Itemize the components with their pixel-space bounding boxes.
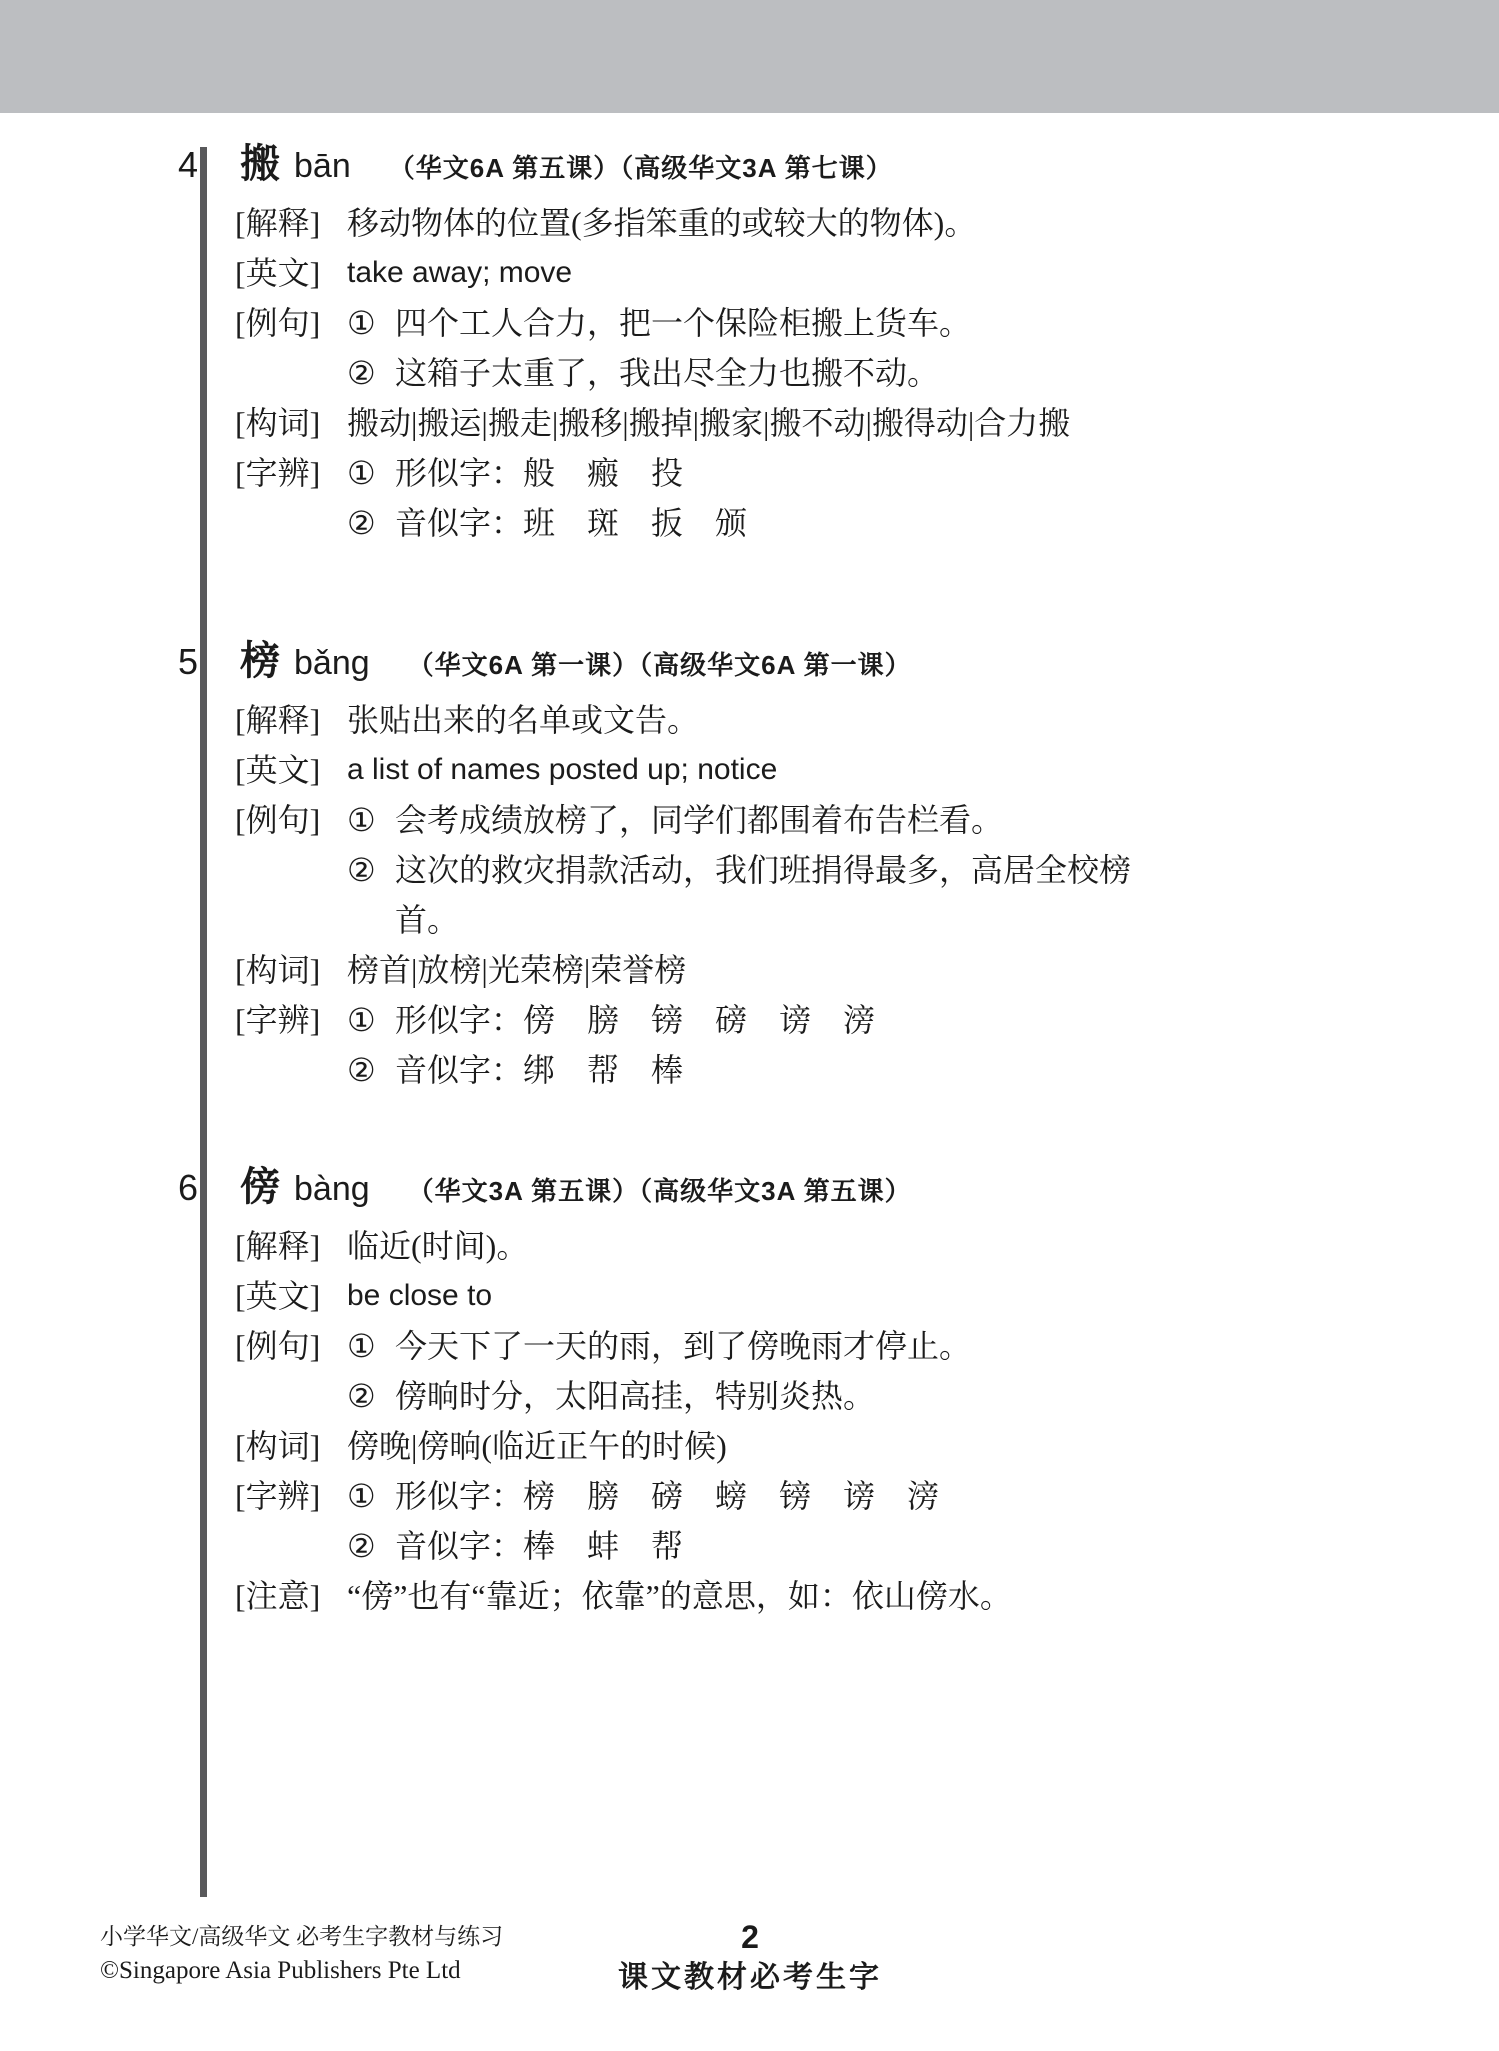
row-text: 今天下了一天的雨，到了傍晚雨才停止。 <box>395 1321 971 1371</box>
definition-row: [解释] 临近(时间)。 <box>235 1221 1438 1271</box>
footer-series-title: 小学华文/高级华文 必考生字教材与练习 <box>100 1920 503 1953</box>
entry-number: 6 <box>178 1167 240 1209</box>
row-text: 榜首|放榜|光荣榜|荣誉榜 <box>347 945 686 995</box>
circled-number: ① <box>347 1321 395 1371</box>
circled-number: ② <box>347 1521 395 1571</box>
entry-pinyin: bǎng <box>294 644 370 683</box>
row-text: a list of names posted up; notice <box>347 745 777 795</box>
footer-left: 小学华文/高级华文 必考生字教材与练习 ©Singapore Asia Publ… <box>100 1920 503 1989</box>
row-text: 会考成绩放榜了，同学们都围着布告栏看。 <box>395 795 1003 845</box>
row-label: [解释] <box>235 1221 333 1271</box>
example-row: ② 傍晌时分，太阳高挂，特别炎热。 <box>235 1371 1438 1421</box>
character-discrimination-row: ② 音似字：绑 帮 棒 <box>235 1045 1438 1095</box>
entry-header: 6 傍 bàng （华文3A 第五课）（高级华文3A 第五课） <box>178 1155 1438 1213</box>
definition-row: [解释] 张贴出来的名单或文告。 <box>235 695 1438 745</box>
row-text: be close to <box>347 1271 492 1321</box>
row-label: [构词] <box>235 398 333 448</box>
character-discrimination-row: [字辨] ① 形似字：榜 膀 磅 螃 镑 谤 滂 <box>235 1471 1438 1521</box>
row-label: [英文] <box>235 745 333 795</box>
example-row: [例句] ① 四个工人合力，把一个保险柜搬上货车。 <box>235 298 1438 348</box>
circled-number: ① <box>347 1471 395 1521</box>
example-row: [例句] ① 今天下了一天的雨，到了傍晚雨才停止。 <box>235 1321 1438 1371</box>
entry-header: 4 搬 bān （华文6A 第五课）（高级华文3A 第七课） <box>178 132 1438 190</box>
row-label: [字辨] <box>235 995 333 1045</box>
row-text: 形似字：般 瘢 投 <box>395 448 683 498</box>
entry-rows: [解释] 移动物体的位置(多指笨重的或较大的物体)。 [英文] take awa… <box>235 198 1438 548</box>
row-text: 临近(时间)。 <box>347 1221 528 1271</box>
row-text: 傍晌时分，太阳高挂，特别炎热。 <box>395 1371 875 1421</box>
row-label: [例句] <box>235 1321 333 1371</box>
entry-rows: [解释] 临近(时间)。 [英文] be close to [例句] ① 今天下… <box>235 1221 1438 1621</box>
character-discrimination-row: [字辨] ① 形似字：傍 膀 镑 磅 谤 滂 <box>235 995 1438 1045</box>
circled-number: ① <box>347 298 395 348</box>
row-label <box>235 845 333 945</box>
row-text: 这次的救灾捐款活动，我们班捐得最多，高居全校榜 首。 <box>395 845 1131 945</box>
row-label: [字辨] <box>235 1471 333 1521</box>
row-label: [字辨] <box>235 448 333 498</box>
entry-number: 5 <box>178 641 240 683</box>
row-label <box>235 1521 333 1571</box>
circled-number: ② <box>347 845 395 945</box>
circled-number: ① <box>347 448 395 498</box>
row-text: 这箱子太重了，我出尽全力也搬不动。 <box>395 348 939 398</box>
entry-character: 榜 <box>240 629 280 686</box>
entry-pinyin: bàng <box>294 1170 370 1209</box>
circled-number: ② <box>347 348 395 398</box>
definition-row: [解释] 移动物体的位置(多指笨重的或较大的物体)。 <box>235 198 1438 248</box>
top-gray-band <box>0 0 1499 113</box>
entry-number: 4 <box>178 144 240 186</box>
row-text: 音似字：绑 帮 棒 <box>395 1045 683 1095</box>
row-label: [英文] <box>235 1271 333 1321</box>
book-page: 4 搬 bān （华文6A 第五课）（高级华文3A 第七课） [解释] 移动物体… <box>0 0 1499 2051</box>
entry-character: 搬 <box>240 132 280 189</box>
row-label <box>235 498 333 548</box>
page-number: 2 <box>500 1918 1000 1956</box>
footer-copyright: ©Singapore Asia Publishers Pte Ltd <box>100 1953 503 1989</box>
entry-header: 5 榜 bǎng （华文6A 第一课）（高级华文6A 第一课） <box>178 629 1438 687</box>
row-label: [构词] <box>235 1421 333 1471</box>
row-text: 形似字：傍 膀 镑 磅 谤 滂 <box>395 995 875 1045</box>
circled-number: ① <box>347 995 395 1045</box>
row-text: 音似字：班 斑 扳 颁 <box>395 498 747 548</box>
circled-number: ② <box>347 1371 395 1421</box>
row-label: [例句] <box>235 298 333 348</box>
row-text: 移动物体的位置(多指笨重的或较大的物体)。 <box>347 198 976 248</box>
row-label: [注意] <box>235 1571 333 1621</box>
entry-rows: [解释] 张贴出来的名单或文告。 [英文] a list of names po… <box>235 695 1438 1095</box>
entry-course-refs: （华文3A 第五课）（高级华文3A 第五课） <box>408 1171 912 1208</box>
character-discrimination-row: ② 音似字：班 斑 扳 颁 <box>235 498 1438 548</box>
example-row: ② 这次的救灾捐款活动，我们班捐得最多，高居全校榜 首。 <box>235 845 1438 945</box>
entry-course-refs: （华文6A 第一课）（高级华文6A 第一课） <box>408 645 912 682</box>
entry-course-refs: （华文6A 第五课）（高级华文3A 第七课） <box>389 148 893 185</box>
word-formation-row: [构词] 榜首|放榜|光荣榜|荣誉榜 <box>235 945 1438 995</box>
example-row: ② 这箱子太重了，我出尽全力也搬不动。 <box>235 348 1438 398</box>
entry-bang3: 5 榜 bǎng （华文6A 第一课）（高级华文6A 第一课） [解释] 张贴出… <box>178 629 1438 1095</box>
word-formation-row: [构词] 傍晚|傍晌(临近正午的时候) <box>235 1421 1438 1471</box>
row-label: [构词] <box>235 945 333 995</box>
word-formation-row: [构词] 搬动|搬运|搬走|搬移|搬掉|搬家|搬不动|搬得动|合力搬 <box>235 398 1438 448</box>
circled-number: ① <box>347 795 395 845</box>
row-text: take away; move <box>347 248 572 298</box>
row-text: 搬动|搬运|搬走|搬移|搬掉|搬家|搬不动|搬得动|合力搬 <box>347 398 1070 448</box>
row-label <box>235 348 333 398</box>
row-text: 傍晚|傍晌(临近正午的时候) <box>347 1421 727 1471</box>
row-text: 四个工人合力，把一个保险柜搬上货车。 <box>395 298 971 348</box>
character-discrimination-row: [字辨] ① 形似字：般 瘢 投 <box>235 448 1438 498</box>
row-label: [解释] <box>235 198 333 248</box>
circled-number: ② <box>347 1045 395 1095</box>
english-row: [英文] a list of names posted up; notice <box>235 745 1438 795</box>
footer-book-title: 课文教材必考生字 <box>500 1956 1000 2000</box>
entry-bang4: 6 傍 bàng （华文3A 第五课）（高级华文3A 第五课） [解释] 临近(… <box>178 1155 1438 1621</box>
english-row: [英文] be close to <box>235 1271 1438 1321</box>
row-label <box>235 1045 333 1095</box>
example-row: [例句] ① 会考成绩放榜了，同学们都围着布告栏看。 <box>235 795 1438 845</box>
row-label: [例句] <box>235 795 333 845</box>
entry-pinyin: bān <box>294 147 351 186</box>
entry-character: 傍 <box>240 1155 280 1212</box>
english-row: [英文] take away; move <box>235 248 1438 298</box>
row-label <box>235 1371 333 1421</box>
footer-center: 2 课文教材必考生字 <box>500 1918 1000 2000</box>
note-row: [注意] “傍”也有“靠近；依靠”的意思，如：依山傍水。 <box>235 1571 1438 1621</box>
row-text: 张贴出来的名单或文告。 <box>347 695 699 745</box>
row-text: 音似字：棒 蚌 帮 <box>395 1521 683 1571</box>
circled-number: ② <box>347 498 395 548</box>
row-label: [解释] <box>235 695 333 745</box>
character-discrimination-row: ② 音似字：棒 蚌 帮 <box>235 1521 1438 1571</box>
row-text: 形似字：榜 膀 磅 螃 镑 谤 滂 <box>395 1471 939 1521</box>
row-text: “傍”也有“靠近；依靠”的意思，如：依山傍水。 <box>347 1571 1012 1621</box>
entry-ban: 4 搬 bān （华文6A 第五课）（高级华文3A 第七课） [解释] 移动物体… <box>178 132 1438 548</box>
row-label: [英文] <box>235 248 333 298</box>
